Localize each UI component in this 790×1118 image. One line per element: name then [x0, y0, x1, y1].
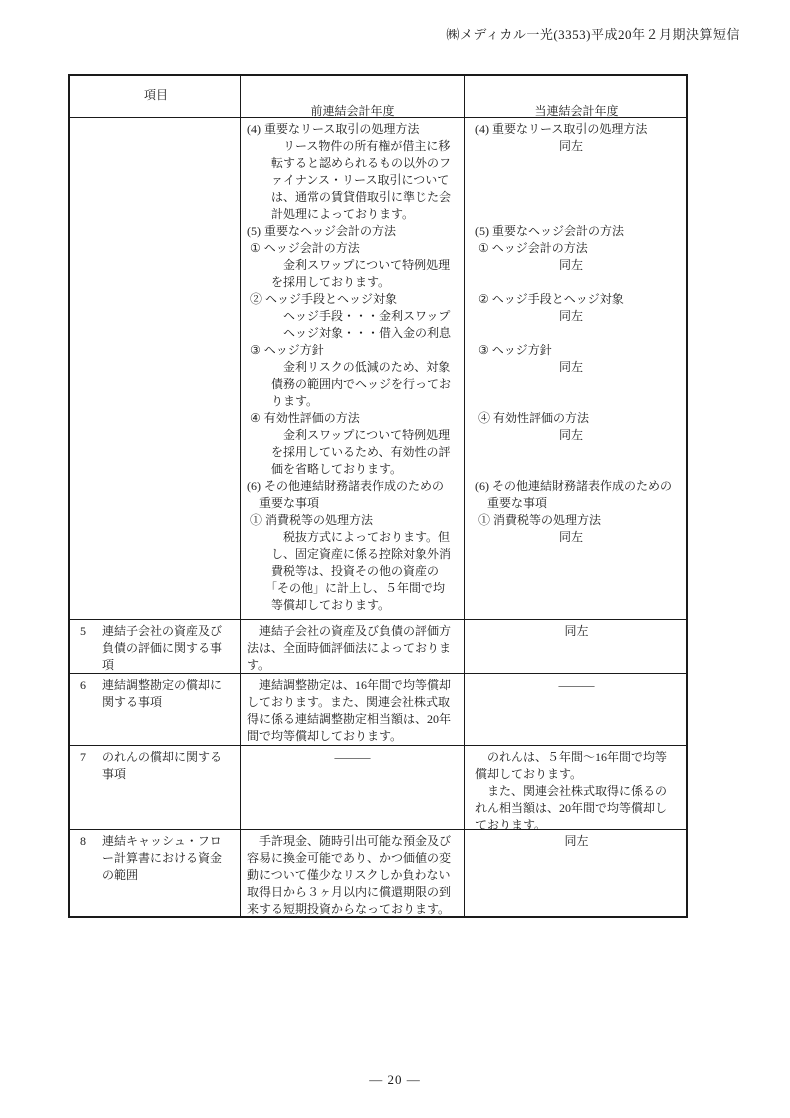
item-number: 6 [80, 677, 102, 742]
item-number: 7 [80, 749, 102, 826]
current-year-cell-6-dash: ――― [465, 674, 686, 745]
previous-fiscal-year-title: 前連結会計年度 [247, 105, 458, 117]
document-title: ㈱メディカル一光(3353)平成20年２月期決算短信 [446, 24, 740, 43]
page-number: ― 20 ― [0, 1072, 790, 1088]
item-label: 連結子会社の資産及び負債の評価に関する事項 [102, 623, 232, 670]
item-label: 連結調整勘定の償却に関する事項 [102, 677, 232, 742]
item-cell-7: 7 のれんの償却に関する事項 [70, 746, 241, 829]
item-number: 5 [80, 623, 102, 670]
item-cell-6: 6 連結調整勘定の償却に関する事項 [70, 674, 241, 745]
current-year-policies-text: (4) 重要なリース取引の処理方法 同左 (5) 重要なヘッジ会計の方法 ① ヘ… [465, 118, 686, 619]
current-year-cell-8: 同左 [465, 830, 686, 916]
previous-year-cell-7-dash: ――― [241, 746, 465, 829]
header-col-item: 項目 [70, 76, 241, 117]
item-number: 8 [80, 833, 102, 913]
current-year-cell-7: のれんは、５年間～16年間で均等償却しております。 また、関連会社株式取得に係る… [465, 746, 686, 829]
item-cell-5: 5 連結子会社の資産及び負債の評価に関する事項 [70, 620, 241, 673]
table-row-item-5: 5 連結子会社の資産及び負債の評価に関する事項 連結子会社の資産及び負債の評価方… [70, 620, 686, 674]
current-year-cell-5: 同左 [465, 620, 686, 673]
table-row-item-7: 7 のれんの償却に関する事項 ――― のれんは、５年間～16年間で均等償却してお… [70, 746, 686, 830]
previous-year-cell-6: 連結調整勘定は、16年間で均等償却しております。また、関連会社株式取得に係る連結… [241, 674, 465, 745]
previous-year-cell-8: 手許現金、随時引出可能な預金及び容易に換金可能であり、かつ価値の変動について僅少… [241, 830, 465, 916]
item-cell-8: 8 連結キャッシュ・フロー計算書における資金の範囲 [70, 830, 241, 916]
item-label: 連結キャッシュ・フロー計算書における資金の範囲 [102, 833, 232, 913]
item-label: のれんの償却に関する事項 [102, 749, 232, 826]
accounting-policies-table: 項目 前連結会計年度 (自 平成18年３月１日 至 平成19年２月28日) 当連… [68, 74, 688, 918]
header-col-current-fiscal-year: 当連結会計年度 (自 平成19年３月１日 至 平成20年２月29日) [465, 76, 686, 117]
table-row-continuation: (4) 重要なリース取引の処理方法 リース物件の所有権が借主に移 転すると認めら… [70, 118, 686, 620]
header-col-previous-fiscal-year: 前連結会計年度 (自 平成18年３月１日 至 平成19年２月28日) [241, 76, 465, 117]
table-row-item-8: 8 連結キャッシュ・フロー計算書における資金の範囲 手許現金、随時引出可能な預金… [70, 830, 686, 916]
previous-year-cell-5: 連結子会社の資産及び負債の評価方法は、全面時価評価法によっております。 [241, 620, 465, 673]
table-header-row: 項目 前連結会計年度 (自 平成18年３月１日 至 平成19年２月28日) 当連… [70, 76, 686, 118]
item-cell-empty [70, 118, 241, 619]
previous-year-policies-text: (4) 重要なリース取引の処理方法 リース物件の所有権が借主に移 転すると認めら… [241, 118, 465, 619]
table-row-item-6: 6 連結調整勘定の償却に関する事項 連結調整勘定は、16年間で均等償却しておりま… [70, 674, 686, 746]
current-fiscal-year-title: 当連結会計年度 [475, 105, 678, 117]
